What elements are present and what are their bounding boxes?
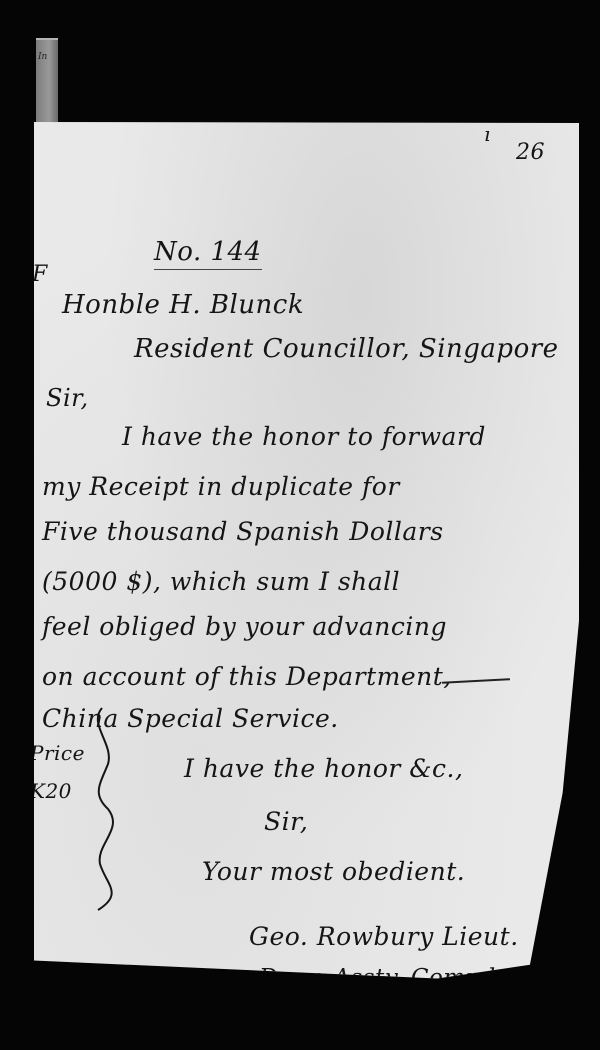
body-line: (5000 $), which sum I shall bbox=[42, 567, 400, 596]
folio-tick: ı bbox=[484, 122, 491, 146]
margin-note-line: K20 bbox=[30, 772, 85, 810]
binding-tab-mark: In bbox=[38, 52, 47, 62]
signature-title: Depy. Assty. Comml. Genl. bbox=[259, 965, 575, 991]
body-line: Five thousand Spanish Dollars bbox=[42, 517, 444, 546]
margin-note-line: Price bbox=[30, 734, 85, 772]
body-line: on account of this Department, bbox=[42, 662, 452, 691]
margin-note: Price K20 bbox=[30, 734, 85, 810]
binding-tab bbox=[36, 38, 58, 122]
body-line: I have the honor to forward bbox=[122, 422, 486, 451]
underline-stroke bbox=[442, 678, 510, 684]
closing-sir: Sir, bbox=[264, 807, 308, 836]
letter-page: ı 26 No. 144 F Honble H. Blunck Resident… bbox=[34, 122, 579, 982]
folio-number: 26 bbox=[516, 140, 545, 165]
closing-formula: I have the honor &c., bbox=[184, 754, 463, 783]
curly-brace-mark bbox=[84, 704, 134, 914]
closing-obedient: Your most obedient. bbox=[202, 857, 465, 886]
letter-number: No. 144 bbox=[154, 237, 262, 270]
signature: Geo. Rowbury Lieut. bbox=[249, 922, 519, 951]
addressee-name: Honble H. Blunck bbox=[62, 290, 304, 320]
body-line: my Receipt in duplicate for bbox=[42, 472, 400, 501]
body-line: feel obliged by your advancing bbox=[42, 612, 447, 641]
margin-mark: F bbox=[32, 262, 48, 287]
salutation: Sir, bbox=[46, 384, 89, 412]
addressee-title: Resident Councillor, Singapore bbox=[134, 334, 559, 364]
